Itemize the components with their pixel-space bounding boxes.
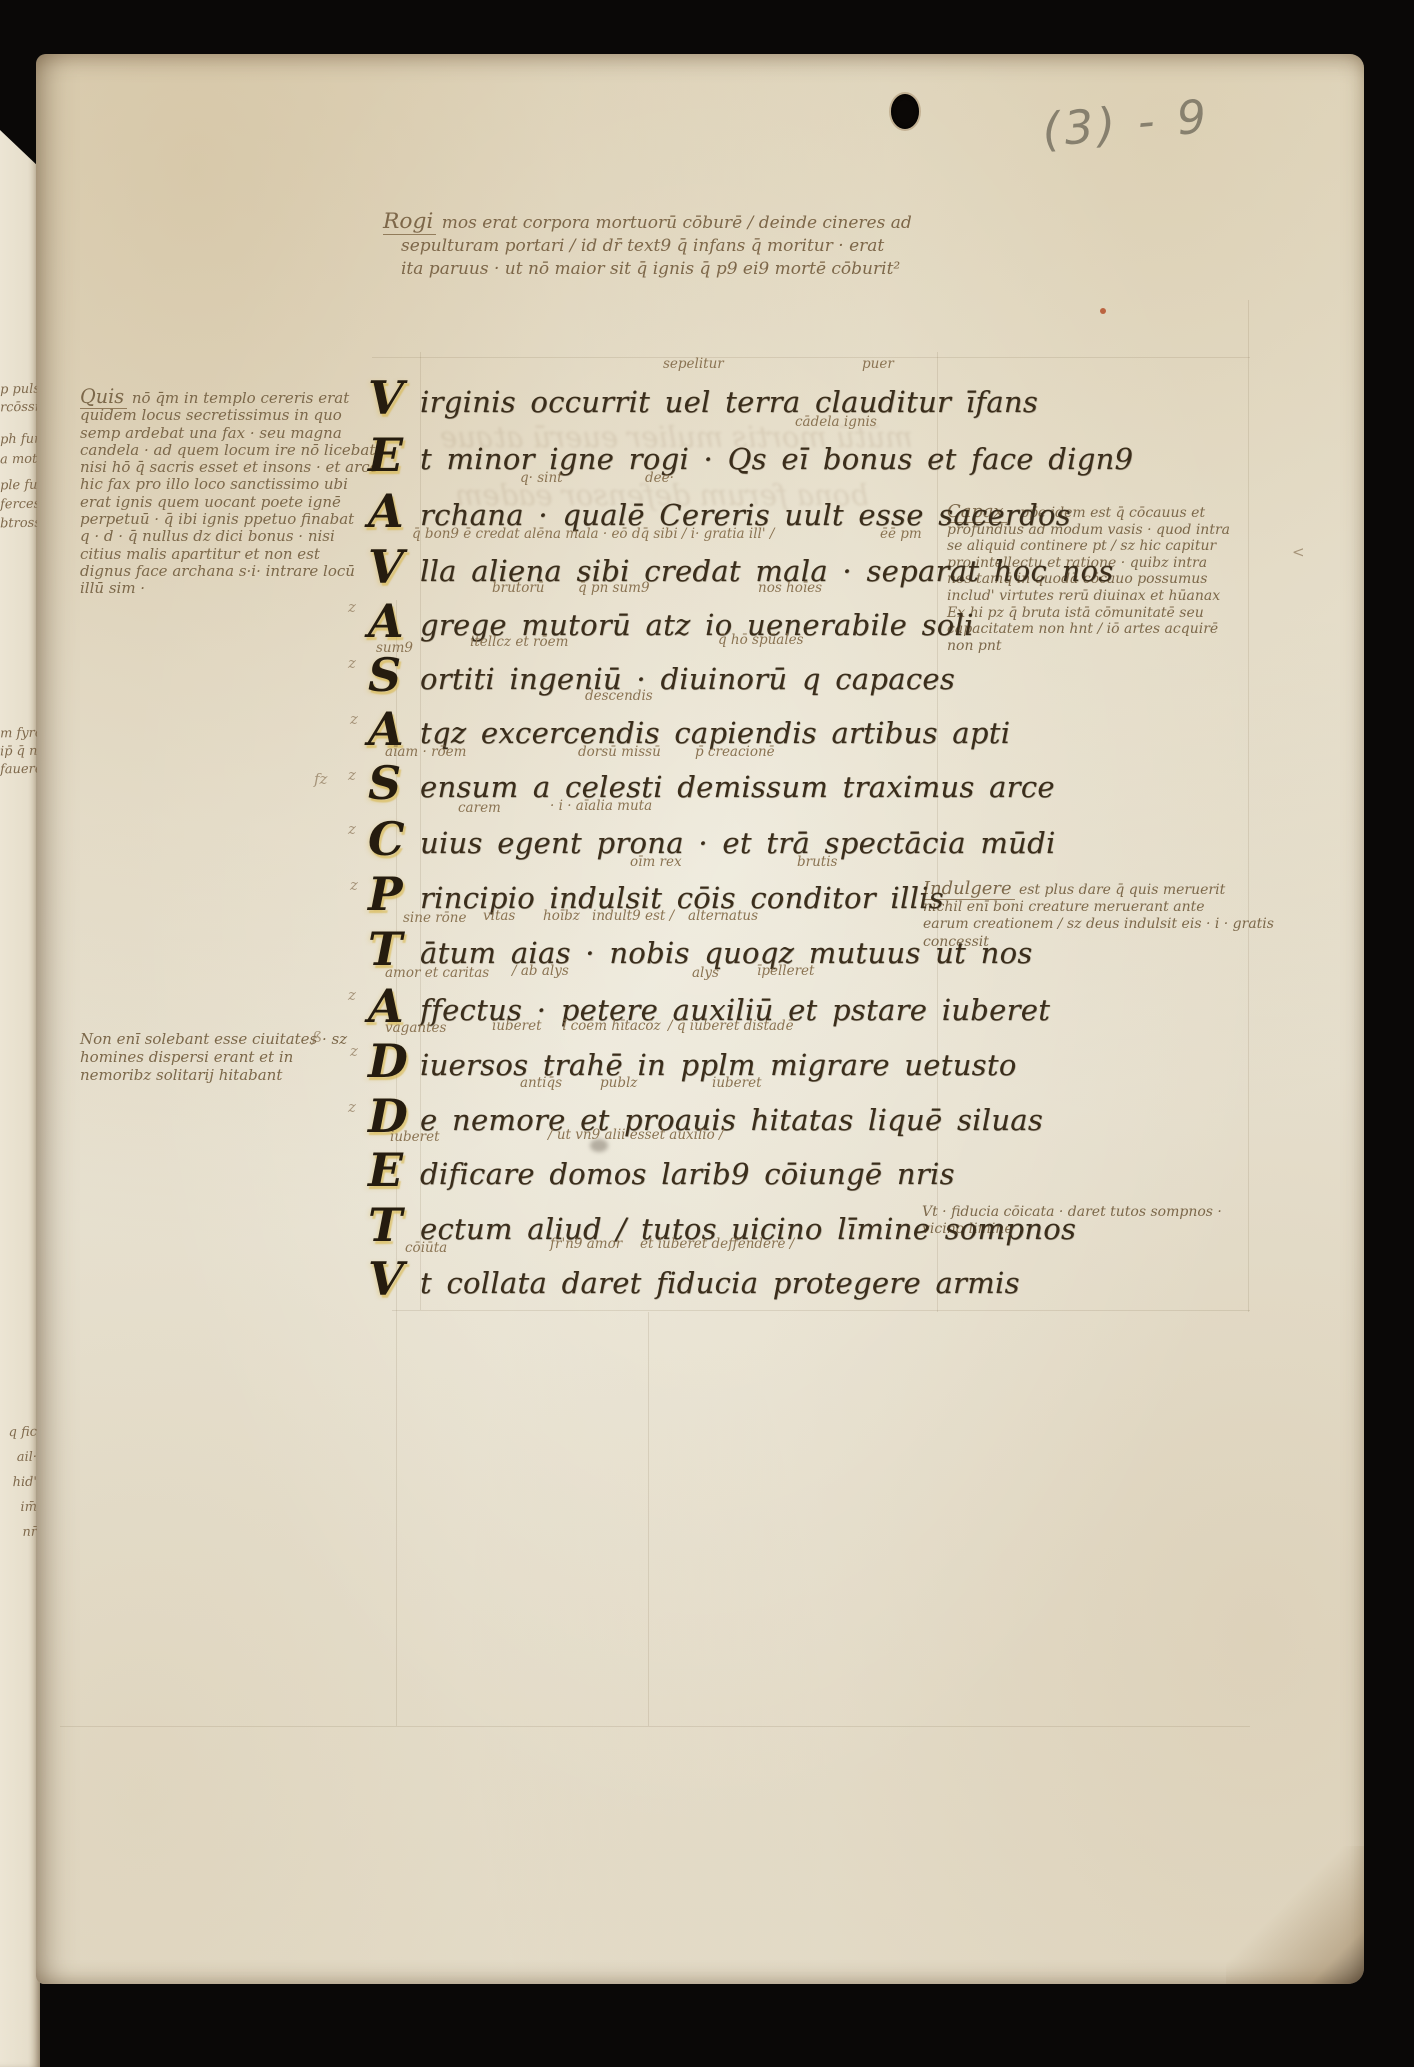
interlinear-gloss: ī coēm hītacōz (562, 1018, 661, 1034)
interlinear-gloss: ēē pm (880, 526, 922, 542)
interlinear-gloss: publz (600, 1075, 637, 1091)
verse-initial: D (368, 1038, 408, 1084)
verse-line: uius egent prona · et trā spectācia mūdi (420, 826, 1056, 860)
interlinear-gloss: oīm rex (630, 854, 682, 870)
ruling-line (1248, 300, 1249, 1312)
paraph-mark: z (350, 1042, 358, 1060)
manuscript-photo: (3) - 9 mūtū mortis mulier euerū atquebo… (0, 0, 1414, 2067)
top-annotation-line: Rogi mos erat corpora mortuorū cōburē / … (383, 210, 912, 235)
margin-gloss-line: nichil enī boni creature meruerant ante (923, 899, 1274, 916)
edge-text-fragment: rcōssmi (0, 400, 37, 416)
verse-initial: E (368, 432, 403, 478)
margin-gloss-line: Indulgere est plus dare q̄ quis meruerit (923, 880, 1274, 899)
verse-initial: T (368, 1202, 402, 1248)
interlinear-gloss: / q̄ iuberet distadē (668, 1018, 794, 1034)
margin-gloss-line: quidem locus secretissimus in quo (80, 407, 379, 424)
paraph-mark: z (348, 654, 356, 672)
verse-line: ensum a celesti demissum traximus arce (420, 770, 1055, 804)
interlinear-gloss: nos hoīes (758, 580, 822, 596)
margin-gloss-left-gloss-templum-cereris: Quis nō q̄m in templo cereris eratquidem… (80, 388, 379, 598)
margin-gloss-line: nisi hō q̄ sacris esset et insons · et a… (80, 459, 379, 476)
paraph-mark: ß (312, 1028, 322, 1046)
interlinear-gloss: et iuberet deffendere / (640, 1236, 794, 1252)
verse-initial: E (368, 1147, 403, 1193)
margin-gloss-line: semp ardebat una fax · seu magna (80, 425, 379, 442)
verse-line: dificare domos larib9 cōiungē nris (420, 1157, 955, 1191)
interlinear-gloss: vitas (483, 908, 515, 924)
margin-gloss-line: perpetuū · q̄ ibi ignis ppetuo finabat (80, 511, 379, 528)
interlinear-gloss: itellcz et rōem (470, 634, 568, 650)
verse-line: e nemore et proauis hitatas liquē siluas (420, 1103, 1043, 1137)
edge-text-fragment: hid' (0, 1475, 37, 1491)
interlinear-gloss: indult9 est / (592, 908, 674, 924)
paraph-mark: z (348, 766, 356, 784)
interlinear-gloss: sine rōne (403, 910, 467, 926)
verse-initial: A (368, 598, 404, 644)
edge-text-fragment: a motus p (0, 452, 37, 468)
interlinear-gloss: q· sint (520, 470, 563, 486)
gloss-lead-word: Rogi (383, 209, 436, 235)
margin-gloss-line: non pnt (947, 638, 1230, 655)
interlinear-gloss: q̄ bon9 ē credat alēna mala · eō dq̄ sib… (412, 526, 774, 542)
interlinear-gloss: sum9 (376, 640, 413, 656)
interlinear-gloss: iuberet (390, 1129, 440, 1145)
margin-gloss-line: includ' virtutes rerū diuinax et hūanax (947, 588, 1230, 605)
paraph-mark: z (348, 598, 356, 616)
interlinear-gloss: vagantes (385, 1020, 446, 1036)
interlinear-gloss: brutis (797, 854, 837, 870)
edge-text-fragment: im̄ (0, 1500, 37, 1516)
paraph-mark: z (350, 710, 358, 728)
interlinear-gloss: antiq̄s (520, 1075, 562, 1091)
edge-text-fragment: btrossl ad (0, 516, 37, 532)
edge-text-fragment: fercessm (0, 497, 37, 513)
interlinear-gloss: carem (458, 800, 501, 816)
margin-gloss-line: capacitatem non hnt / iō artes acquirē (947, 621, 1230, 638)
verse-line: irginis occurrit uel terra clauditur īfa… (420, 385, 1038, 419)
ink-speck (1100, 308, 1106, 314)
interlinear-gloss: p̄ creacionē (695, 744, 775, 760)
edge-text-fragment: p pulsē (0, 382, 37, 398)
paraph-mark: z (350, 876, 358, 894)
verse-initial: C (368, 816, 405, 862)
interlinear-gloss: brutorū (492, 580, 545, 596)
interlinear-gloss: sepelitur (663, 356, 724, 372)
interlinear-gloss: hoībz (543, 908, 580, 924)
margin-gloss-line: dignus face archana s·i· intrare locū (80, 563, 379, 580)
margin-gloss-line: Ex hi pz q̄ bruta istā cōmunitatē seu (947, 605, 1230, 622)
edge-text-fragment: nr̄ (0, 1525, 37, 1541)
interlinear-gloss: puer (862, 356, 894, 372)
verse-initial: V (368, 375, 404, 421)
margin-gloss-line: nemoribz solitarij hitabant (80, 1066, 347, 1084)
paraph-mark: z (348, 820, 356, 838)
interlinear-gloss: iuberet (712, 1075, 762, 1091)
interlinear-gloss: q̄ hō spūales (718, 632, 804, 648)
page-corner-fold (1226, 1846, 1364, 1984)
ruling-line (648, 1312, 649, 1726)
ruling-line (392, 1310, 1250, 1311)
ruling-line (372, 357, 1250, 358)
verse-initial: V (368, 1256, 404, 1302)
interlinear-gloss: / ut vn9 alii esset auxilio / (548, 1127, 724, 1143)
interlinear-gloss: cōiūta (405, 1240, 447, 1256)
verse-initial: P (368, 871, 403, 917)
interlinear-gloss: q̄ pn sum9 (578, 580, 650, 596)
top-annotation-line: sepulturam portari / id dr̄ text9 q̄ inf… (401, 235, 912, 258)
paraph-mark: z (348, 1098, 356, 1116)
interlinear-gloss: aīam · rōem (385, 744, 466, 760)
interlinear-gloss: · i · aīalia muta (550, 798, 652, 814)
edge-text-fragment: q fic (0, 1425, 37, 1441)
paraph-mark: z (348, 986, 356, 1004)
wormhole (891, 94, 919, 129)
margin-gloss-line: q · d · q̄ nullus dz dici bonus · nisi (80, 528, 379, 545)
margin-gloss-line: erat ignis quem uocant poete ignē (80, 494, 379, 511)
margin-gloss-line: se aliquid continere pt / sz hic capitur (947, 538, 1230, 555)
verse-initial: A (368, 488, 404, 534)
interlinear-gloss: alys (692, 965, 719, 981)
interlinear-gloss: dorsū missū (578, 744, 661, 760)
margin-gloss-line: citius malis apartitur et non est (80, 546, 379, 563)
edge-text-fragment: ail· (0, 1450, 37, 1466)
top-annotation-line: ita paruus · ut nō maior sit q̄ ignis q̄… (401, 258, 912, 281)
edge-text-fragment: ip̄ q̄ nō f (0, 744, 37, 760)
margin-gloss-line: homines dispersi erant et in (80, 1048, 347, 1066)
margin-gloss-line: illū sim · (80, 580, 379, 597)
interlinear-gloss: cādela ignis (795, 414, 877, 430)
verse-initial: V (368, 544, 404, 590)
edge-text-fragment: fauere bh (0, 762, 37, 778)
margin-gloss-line: hic fax pro illo loco sanctissimo ubi (80, 476, 379, 493)
edge-text-fragment: ple fun m (0, 478, 37, 494)
interlinear-gloss: amor et caritas (385, 965, 489, 981)
margin-gloss-line: candela · ad quem locum ire nō licebat (80, 442, 379, 459)
interlinear-gloss: alternatus (688, 908, 758, 924)
margin-gloss-line: earum creationem / sz deus indulsit eis … (923, 916, 1274, 933)
interlinear-gloss: iuberet (492, 1018, 542, 1034)
verse-line: ortiti ingeniū · diuinorū q capaces (420, 662, 955, 696)
interlinear-gloss: dee· (645, 470, 674, 486)
interlinear-gloss: fr'n9 amor (550, 1236, 622, 1252)
verse-line: t collata daret fiducia protegere armis (420, 1266, 1020, 1300)
paraph-mark: < (1292, 543, 1305, 561)
margin-gloss-line: Quis nō q̄m in templo cereris erat (80, 388, 379, 407)
interlinear-gloss: / ab alys (512, 963, 569, 979)
top-annotation: Rogi mos erat corpora mortuorū cōburē / … (383, 210, 912, 281)
paraph-mark: fz (314, 770, 327, 788)
ruling-line (60, 1726, 1250, 1727)
margin-gloss-line: Non enī solebant esse ciuitates · sz (80, 1030, 347, 1048)
verse-initial: S (368, 652, 401, 698)
edge-text-fragment: m fyror w (0, 726, 37, 742)
edge-text-fragment: ph fun s (0, 432, 37, 448)
margin-gloss-left-gloss-non-civitates: Non enī solebant esse ciuitates · szhomi… (80, 1030, 347, 1084)
verse-initial: S (368, 760, 401, 806)
interlinear-gloss: descendis (585, 688, 653, 704)
interlinear-gloss: īpelleret (757, 963, 814, 979)
